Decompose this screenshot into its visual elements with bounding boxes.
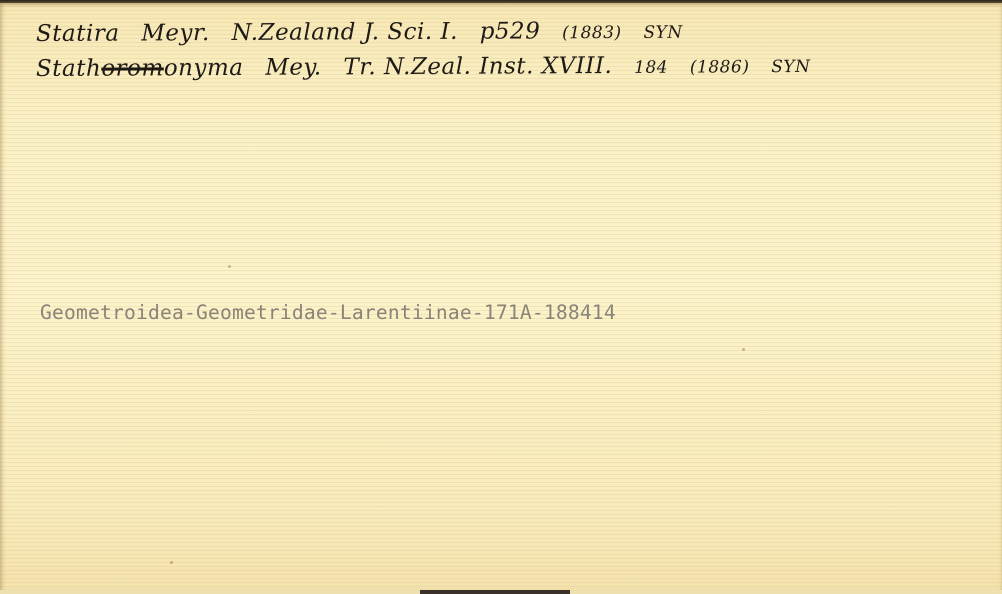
card-bottom-edge (0, 590, 1002, 594)
page-number: 184 (634, 58, 668, 78)
reference: Tr. N.Zeal. Inst. XVIII. (343, 53, 612, 80)
year: (1886) (690, 57, 750, 77)
status-syn: SYN (771, 57, 810, 77)
genus-suffix: onyma (164, 55, 244, 81)
paper-speck (170, 561, 173, 564)
author: Meyr. (141, 20, 210, 46)
handwritten-entry-1: Statira Meyr. N.Zealand J. Sci. I. p529 … (36, 18, 697, 47)
paper-speck (742, 348, 745, 351)
author: Mey. (265, 55, 322, 81)
genus-prefix: Stath (36, 56, 101, 82)
scanner-clip (420, 590, 570, 594)
page-number: p529 (480, 18, 541, 44)
struck-text: orom (101, 55, 164, 81)
status-syn: SYN (643, 23, 682, 43)
typed-classification: Geometroidea-Geometridae-Larentiinae-171… (40, 301, 616, 324)
index-card: Statira Meyr. N.Zealand J. Sci. I. p529 … (0, 3, 1002, 591)
reference: N.Zealand J. Sci. I. (232, 19, 458, 46)
genus-name: Stathoromonyma (36, 55, 244, 82)
paper-speck (228, 265, 231, 268)
handwritten-entry-2: Stathoromonyma Mey. Tr. N.Zeal. Inst. XV… (36, 52, 825, 82)
year: (1883) (562, 23, 622, 43)
genus-name: Statira (36, 21, 120, 47)
